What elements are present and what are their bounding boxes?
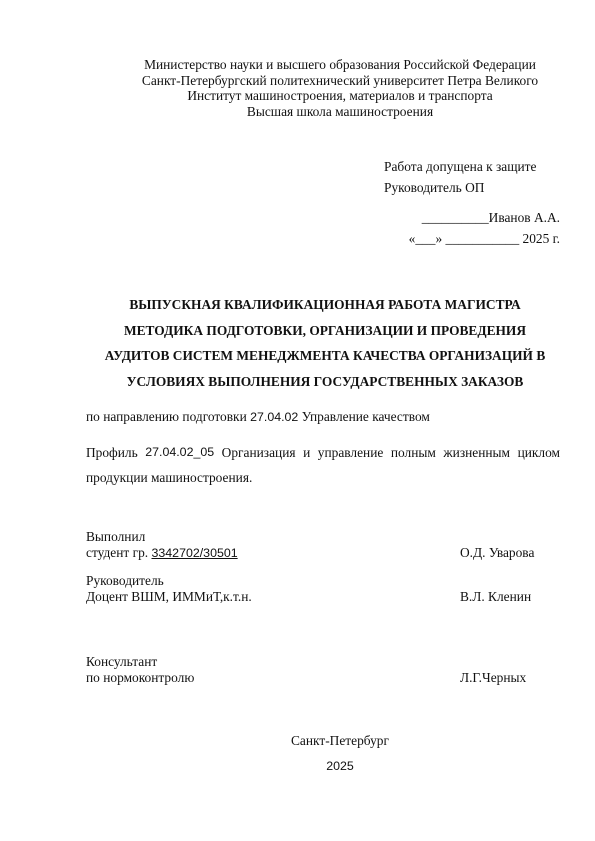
date-close-quote: » [435, 231, 442, 246]
thesis-title-block: ВЫПУСКНАЯ КВАЛИФИКАЦИОННАЯ РАБОТА МАГИСТ… [0, 292, 595, 394]
supervisor-role: Руководитель [86, 573, 252, 589]
consultant-position: по нормоконтролю [86, 670, 194, 686]
profile-label: Профиль [86, 440, 138, 465]
student-block: Выполнил студент гр. 3342702/30501 [86, 529, 238, 561]
year: 2025 [0, 758, 595, 774]
topic-line-3: УСЛОВИЯХ ВЫПОЛНЕНИЯ ГОСУДАРСТВЕННЫХ ЗАКА… [0, 369, 595, 395]
consultant-name: Л.Г.Черных [460, 670, 526, 686]
student-position: студент гр. 3342702/30501 [86, 545, 238, 561]
direction-name: Управление качеством [302, 409, 430, 424]
student-role: Выполнил [86, 529, 238, 545]
approval-signatory: Иванов А.А. [489, 210, 560, 225]
student-group-number: 3342702/30501 [152, 546, 238, 560]
approval-signature-line: __________Иванов А.А. [409, 207, 560, 228]
approval-signature-block: __________Иванов А.А. «___» ___________ … [409, 207, 560, 249]
topic-line-1: МЕТОДИКА ПОДГОТОВКИ, ОРГАНИЗАЦИИ И ПРОВЕ… [0, 318, 595, 344]
ministry-line: Министерство науки и высшего образования… [0, 57, 595, 73]
city: Санкт-Петербург [0, 733, 595, 749]
date-year: 2025 г. [523, 231, 560, 246]
consultant-block: Консультант по нормоконтролю [86, 654, 194, 686]
profile-word: жизненным [443, 440, 510, 465]
university-line: Санкт-Петербургский политехнический унив… [0, 73, 595, 89]
profile-word: полным [391, 440, 436, 465]
profile-code: 27.04.02_05 [145, 440, 214, 465]
signature-blank: __________ [422, 210, 489, 225]
supervisor-position: Доцент ВШМ, ИММиТ,к.т.н. [86, 589, 252, 605]
student-name: О.Д. Уварова [460, 545, 534, 561]
profile-line-1: Профиль 27.04.02_05 Организация и управл… [86, 440, 560, 465]
study-direction: по направлению подготовки 27.04.02 Управ… [86, 407, 430, 427]
institution-header: Министерство науки и высшего образования… [0, 57, 595, 120]
study-profile: Профиль 27.04.02_05 Организация и управл… [86, 440, 560, 490]
profile-line-2: продукции машиностроения. [86, 465, 560, 490]
profile-word: управление [318, 440, 384, 465]
approval-role-text: Руководитель ОП [384, 177, 536, 198]
direction-code: 27.04.02 [250, 410, 298, 424]
direction-prefix: по направлению подготовки [86, 409, 247, 424]
institute-line: Институт машиностроения, материалов и тр… [0, 88, 595, 104]
profile-word: циклом [518, 440, 560, 465]
approval-admitted-text: Работа допущена к защите [384, 156, 536, 177]
consultant-role: Консультант [86, 654, 194, 670]
date-day-blank: ___ [415, 231, 435, 246]
approval-date-line: «___» ___________ 2025 г. [409, 228, 560, 249]
approval-block: Работа допущена к защите Руководитель ОП [384, 156, 536, 198]
student-group-prefix: студент гр. [86, 545, 148, 560]
date-month-blank: ___________ [446, 231, 520, 246]
topic-line-2: АУДИТОВ СИСТЕМ МЕНЕДЖМЕНТА КАЧЕСТВА ОРГА… [0, 343, 595, 369]
profile-word: и [303, 440, 310, 465]
supervisor-name: В.Л. Кленин [460, 589, 531, 605]
profile-word: Организация [222, 440, 296, 465]
supervisor-block: Руководитель Доцент ВШМ, ИММиТ,к.т.н. [86, 573, 252, 605]
school-line: Высшая школа машиностроения [0, 104, 595, 120]
work-type-heading: ВЫПУСКНАЯ КВАЛИФИКАЦИОННАЯ РАБОТА МАГИСТ… [0, 292, 595, 318]
